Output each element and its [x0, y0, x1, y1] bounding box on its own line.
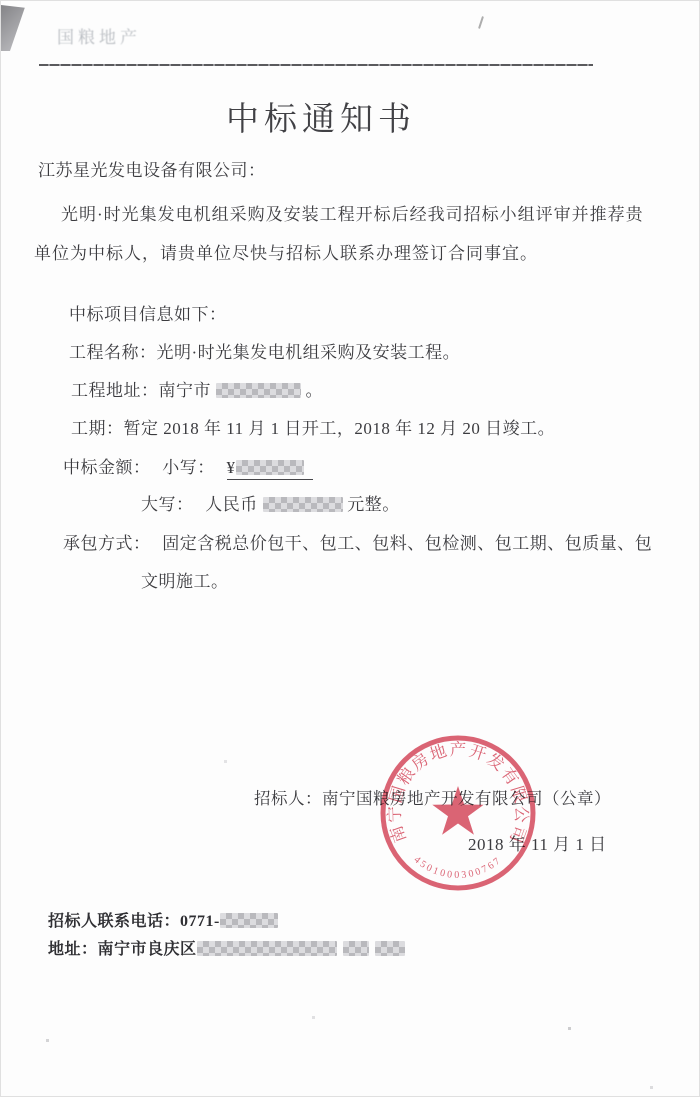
project-address-suffix: 。	[306, 381, 324, 400]
scanned-document-page: 国粮地产 中标通知书 江苏星光发电设备有限公司： 光明·时光集发电机组采购及安装…	[0, 0, 700, 1097]
currency-symbol: ¥	[227, 458, 236, 477]
body-paragraph-line2: 单位为中标人，请贵单位尽快与招标人联系办理签订合同事宜。	[34, 243, 538, 264]
seal-star-icon	[432, 786, 483, 835]
redacted-bidder-address-2	[343, 941, 369, 956]
header-divider-line	[39, 64, 593, 66]
contract-mode-line1: 承包方式： 固定含税总价包干、包工、包料、包检测、包工期、包质量、包	[63, 533, 652, 554]
scan-pen-mark-artifact	[478, 16, 484, 29]
amount-numeric-label: 小写：	[162, 458, 215, 477]
footer-phone-label: 招标人联系电话：0771-	[48, 913, 220, 930]
info-heading: 中标项目信息如下：	[69, 304, 227, 325]
redacted-bidder-address-1	[197, 941, 337, 956]
contract-mode-label: 承包方式：	[63, 534, 151, 553]
seal-serial-number: 4501000300767	[412, 854, 505, 881]
bid-amount-words-line: 大写： 人民币 元整。	[141, 494, 400, 515]
project-address-label: 工程地址：南宁市	[71, 381, 211, 400]
seal-serial-holder: 4501000300767	[412, 854, 505, 881]
project-address-line: 工程地址：南宁市 。	[71, 380, 323, 401]
redacted-phone-number	[220, 913, 278, 928]
footer-address-label: 地址：南宁市良庆区	[48, 941, 197, 958]
recipient-line: 江苏星光发电设备有限公司：	[38, 160, 266, 181]
contract-mode-content: 固定含税总价包干、包工、包料、包检测、包工期、包质量、包	[162, 534, 652, 553]
contract-mode-line2: 文明施工。	[141, 571, 229, 592]
scan-corner-artifact	[1, 5, 29, 51]
redacted-bidder-address-3	[375, 941, 405, 956]
bid-amount-label: 中标金额：	[63, 458, 151, 477]
redacted-project-address	[216, 383, 301, 398]
company-seal: 南宁国粮房地产开发有限公司 4501000300767	[378, 733, 538, 893]
amount-words-prefix: 人民币	[205, 495, 258, 514]
redacted-amount-words	[263, 497, 343, 512]
body-paragraph-line1: 光明·时光集发电机组采购及安装工程开标后经我司招标小组评审并推荐贵	[61, 204, 644, 225]
bid-amount-numeric-line: 中标金额： 小写： ¥	[63, 457, 313, 478]
project-name-line: 工程名称：光明·时光集发电机组采购及安装工程。	[69, 342, 460, 363]
project-schedule-line: 工期：暂定 2018 年 11 月 1 日开工，2018 年 12 月 20 日…	[71, 418, 555, 439]
scan-noise-specks	[1, 1, 2, 2]
amount-words-label: 大写：	[141, 495, 194, 514]
footer-address-line: 地址：南宁市良庆区	[48, 940, 405, 960]
amount-words-suffix: 元整。	[347, 495, 400, 514]
letterhead-faint-text: 国粮地产	[57, 23, 141, 48]
redacted-amount-numeric	[236, 460, 304, 475]
document-title: 中标通知书	[226, 93, 416, 140]
footer-phone-line: 招标人联系电话：0771-	[48, 912, 278, 932]
amount-numeric-value-group: ¥	[227, 458, 313, 480]
